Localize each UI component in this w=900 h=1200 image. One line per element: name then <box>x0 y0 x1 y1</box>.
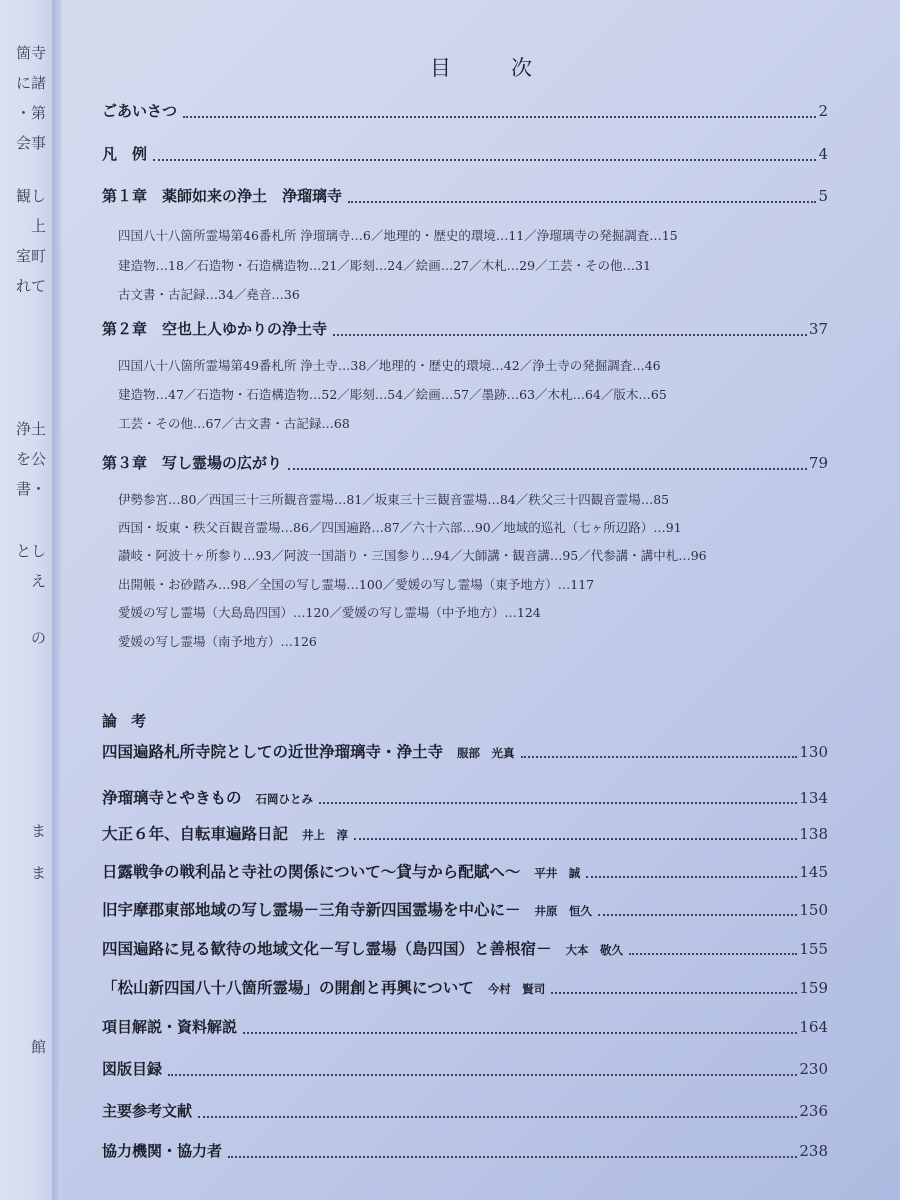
dot-leader <box>333 332 807 336</box>
page-number: 155 <box>799 940 828 958</box>
page-number: 150 <box>799 901 828 919</box>
entry-label: 項目解説・資料解説 <box>102 1016 237 1037</box>
chapter-3-subsection-line: 西国・坂東・秩父百観音霊場…86／四国遍路…87／六十六部…90／地域的巡礼（七… <box>118 518 682 536</box>
dot-leader <box>521 754 798 758</box>
facing-page-text-fragment: 上 <box>31 215 46 236</box>
essay-title: 四国遍路札所寺院としての近世浄瑠璃寺・浄土寺 <box>102 740 443 762</box>
facing-page-fragment: 箇寺に諸・第会事観し上室町れて浄土を公書・としえのまま館 <box>0 0 52 1200</box>
entry-label: 第１章 薬師如来の浄土 浄瑠璃寺 <box>102 185 342 206</box>
dot-leader <box>348 199 816 203</box>
dot-leader <box>586 874 797 878</box>
page-number: 4 <box>818 145 828 163</box>
toc-page: 目次 ごあいさつ 2 凡 例 4 第１章 薬師如来の浄土 浄瑠璃寺 5 四国八十… <box>62 0 900 1200</box>
chapter-3-subsection-line: 伊勢参宮…80／西国三十三所観音霊場…81／坂東三十三観音霊場…84／秩父三十四… <box>118 490 669 508</box>
title-char-1: 目 <box>430 52 451 82</box>
toc-entry-references[interactable]: 主要参考文献 236 <box>102 1100 828 1121</box>
essay-title: 四国遍路に見る歓待の地域文化－写し霊場（島四国）と善根宿－ <box>102 937 552 959</box>
toc-essay-entry[interactable]: 浄瑠璃寺とやきもの 石岡ひとみ 134 <box>102 786 828 808</box>
chapter-1-subsection-line: 四国八十八箇所霊場第46番札所 浄瑠璃寺…6／地理的・歴史的環境…11／浄瑠璃寺… <box>118 226 678 244</box>
page-number: 236 <box>799 1102 828 1120</box>
toc-essay-entry[interactable]: 「松山新四国八十八箇所霊場」の開創と再興について 今村 賢司 159 <box>102 976 828 998</box>
facing-page-text-fragment: 観し <box>16 185 46 206</box>
facing-page-text-fragment: 館 <box>31 1036 46 1057</box>
chapter-1-subsection-line: 古文書・古記録…34／堯音…36 <box>118 285 300 303</box>
facing-page-text-fragment: 箇寺 <box>16 42 46 63</box>
facing-page-text-fragment: の <box>31 627 46 648</box>
facing-page-text-fragment: ・第 <box>16 102 46 123</box>
essay-title: 「松山新四国八十八箇所霊場」の開創と再興について <box>102 976 474 998</box>
dot-leader <box>198 1114 797 1118</box>
page-number: 145 <box>799 863 828 881</box>
toc-essay-entry[interactable]: 四国遍路に見る歓待の地域文化－写し霊場（島四国）と善根宿－ 大本 敬久 155 <box>102 937 828 959</box>
dot-leader <box>551 990 797 994</box>
page-number: 138 <box>799 825 828 843</box>
page-number: 134 <box>799 789 828 807</box>
toc-entry-chapter-3[interactable]: 第３章 写し霊場の広がり 79 <box>102 452 828 473</box>
toc-essay-entry[interactable]: 旧宇摩郡東部地域の写し霊場－三角寺新四国霊場を中心に－ 井原 恒久 150 <box>102 898 828 920</box>
toc-essay-entry[interactable]: 日露戦争の戦利品と寺社の関係について～貸与から配賦へ～ 平井 誠 145 <box>102 860 828 882</box>
dot-leader <box>598 912 797 916</box>
essay-title: 日露戦争の戦利品と寺社の関係について～貸与から配賦へ～ <box>102 860 520 882</box>
dot-leader <box>228 1154 797 1158</box>
dot-leader <box>183 114 816 118</box>
chapter-3-subsection-line: 出開帳・お砂踏み…98／全国の写し霊場…100／愛媛の写し霊場（東予地方）…11… <box>118 575 594 593</box>
entry-label: ごあいさつ <box>102 100 177 121</box>
toc-entry-plate-list[interactable]: 図版目録 230 <box>102 1058 828 1079</box>
entry-label: 凡 例 <box>102 143 147 164</box>
toc-entry-notes[interactable]: 凡 例 4 <box>102 143 828 164</box>
entry-label: 図版目録 <box>102 1058 162 1079</box>
page-number: 5 <box>818 187 828 205</box>
dot-leader <box>153 157 816 161</box>
page-number: 230 <box>799 1060 828 1078</box>
toc-entry-item-commentary[interactable]: 項目解説・資料解説 164 <box>102 1016 828 1037</box>
chapter-2-subsection-line: 工芸・その他…67／古文書・古記録…68 <box>118 414 350 432</box>
page-number: 2 <box>818 102 828 120</box>
toc-essay-entry[interactable]: 大正６年、自転車遍路日記 井上 淳 138 <box>102 822 828 844</box>
essay-title: 浄瑠璃寺とやきもの <box>102 786 242 808</box>
dot-leader <box>319 800 797 804</box>
facing-page-text-fragment: とし <box>16 540 46 561</box>
toc-entry-chapter-2[interactable]: 第２章 空也上人ゆかりの浄土寺 37 <box>102 318 828 339</box>
chapter-2-subsection-line: 建造物…47／石造物・石造構造物…52／彫刻…54／絵画…57／墨跡…63／木札… <box>118 385 667 403</box>
chapter-3-subsection-line: 讃岐・阿波十ヶ所参り…93／阿波一国詣り・三国参り…94／大師講・観音講…95／… <box>118 546 707 564</box>
facing-page-text-fragment: 浄土 <box>16 418 46 439</box>
dot-leader <box>168 1072 797 1076</box>
toc-entry-greeting[interactable]: ごあいさつ 2 <box>102 100 828 121</box>
chapter-1-subsection-line: 建造物…18／石造物・石造構造物…21／彫刻…24／絵画…27／木札…29／工芸… <box>118 256 651 274</box>
chapter-3-subsection-line: 愛媛の写し霊場（大島島四国）…120／愛媛の写し霊場（中予地方）…124 <box>118 603 541 621</box>
essay-author: 井上 淳 <box>302 827 348 843</box>
entry-label: 第２章 空也上人ゆかりの浄土寺 <box>102 318 327 339</box>
facing-page-text-fragment: え <box>31 570 46 591</box>
essay-title: 大正６年、自転車遍路日記 <box>102 822 288 844</box>
dot-leader <box>629 951 797 955</box>
facing-page-text-fragment: を公 <box>16 448 46 469</box>
essay-author: 服部 光真 <box>457 745 515 761</box>
facing-page-text-fragment: れて <box>16 275 46 296</box>
essays-heading: 論考 <box>102 710 160 731</box>
page-number: 37 <box>809 320 828 338</box>
entry-label: 第３章 写し霊場の広がり <box>102 452 282 473</box>
entry-label: 協力機関・協力者 <box>102 1140 222 1161</box>
facing-page-text-fragment: に諸 <box>16 72 46 93</box>
facing-page-text-fragment: ま <box>31 862 46 883</box>
dot-leader <box>243 1030 797 1034</box>
facing-page-text-fragment: 室町 <box>16 245 46 266</box>
chapter-2-subsection-line: 四国八十八箇所霊場第49番札所 浄土寺…38／地理的・歴史的環境…42／浄土寺の… <box>118 356 661 374</box>
page-title: 目次 <box>62 52 900 82</box>
entry-label: 主要参考文献 <box>102 1100 192 1121</box>
page-number: 130 <box>799 743 828 761</box>
dot-leader <box>354 836 797 840</box>
essay-author: 大本 敬久 <box>566 942 624 958</box>
title-char-2: 次 <box>511 52 532 82</box>
essay-author: 石岡ひとみ <box>256 791 314 807</box>
dot-leader <box>288 466 807 470</box>
facing-page-text-fragment: 書・ <box>16 478 46 499</box>
chapter-3-subsection-line: 愛媛の写し霊場（南予地方）…126 <box>118 632 317 650</box>
page-number: 79 <box>809 454 828 472</box>
page-number: 164 <box>799 1018 828 1036</box>
page-number: 238 <box>799 1142 828 1160</box>
essay-author: 今村 賢司 <box>488 981 546 997</box>
essay-author: 井原 恒久 <box>535 903 593 919</box>
essay-author: 平井 誠 <box>534 865 580 881</box>
facing-page-text-fragment: 会事 <box>16 132 46 153</box>
essay-title: 旧宇摩郡東部地域の写し霊場－三角寺新四国霊場を中心に－ <box>102 898 521 920</box>
page-number: 159 <box>799 979 828 997</box>
toc-essay-entry[interactable]: 四国遍路札所寺院としての近世浄瑠璃寺・浄土寺 服部 光真 130 <box>102 740 828 762</box>
book-gutter <box>52 0 62 1200</box>
toc-entry-cooperators[interactable]: 協力機関・協力者 238 <box>102 1140 828 1161</box>
toc-entry-chapter-1[interactable]: 第１章 薬師如来の浄土 浄瑠璃寺 5 <box>102 185 828 206</box>
facing-page-text-fragment: ま <box>31 820 46 841</box>
